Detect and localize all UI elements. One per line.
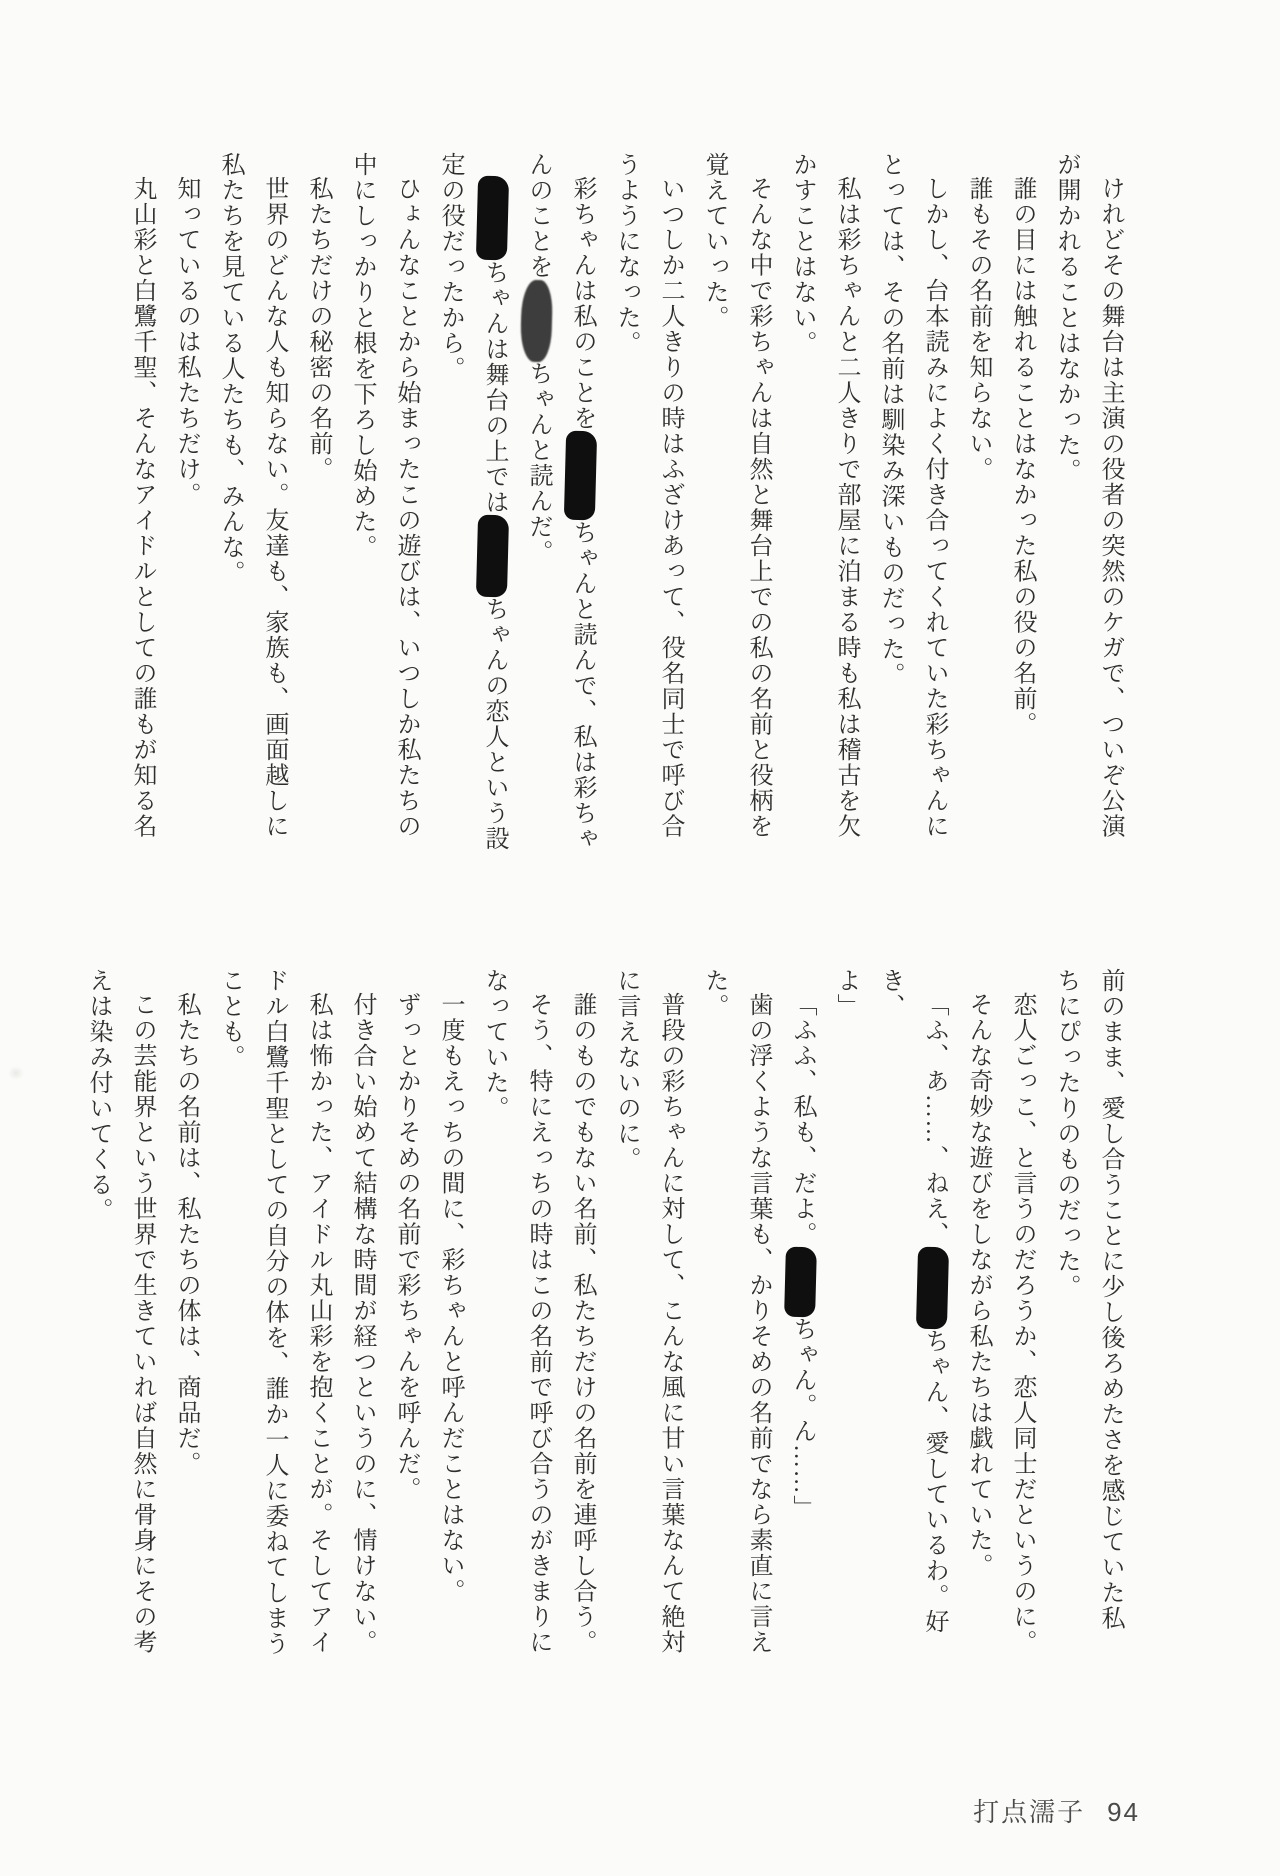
paragraph: けれどその舞台は主演の役者の突然のケガで、ついぞ公演が開かれることはなかった。 xyxy=(1044,152,1132,870)
censor-mark xyxy=(520,279,553,361)
paragraph: 一度もえっちの間に、彩ちゃんと呼んだことはない。 xyxy=(428,968,472,1682)
page-footer: 打点濡子94 xyxy=(973,1792,1140,1829)
paragraph: 誰もその名前を知らない。 xyxy=(956,152,1000,870)
page-number: 94 xyxy=(1107,1797,1140,1827)
censor-mark xyxy=(476,515,509,597)
scan-smudge xyxy=(8,1066,24,1080)
paragraph: 普段の彩ちゃんに対して、こんな風に甘い言葉なんて絶対に言えないのに。 xyxy=(604,968,692,1682)
text-block-bottom: 前のまま、愛し合うことに少し後ろめたさを感じていた私ちにぴったりのものだった。恋… xyxy=(120,968,1132,1682)
paragraph: 丸山彩と白鷺千聖、そんなアイドルとしての誰もが知る名 xyxy=(120,152,164,870)
paragraph: ちゃんは舞台の上ではちゃんの恋人という設定の役だったから。 xyxy=(428,152,516,870)
paragraph: そんな中で彩ちゃんは自然と舞台上での私の名前と役柄を覚えていった。 xyxy=(692,152,780,870)
paragraph: 私は彩ちゃんと二人きりで部屋に泊まる時も私は稽古を欠かすことはない。 xyxy=(780,152,868,870)
paragraph: 彩ちゃんは私のことをちゃんと読んで、私は彩ちゃんのことをちゃんと読んだ。 xyxy=(516,152,604,870)
paragraph: ひょんなことから始まったこの遊びは、いつしか私たちの中にしっかりと根を下ろし始め… xyxy=(340,152,428,870)
paragraph: 世界のどんな人も知らない。友達も、家族も、画面越しに私たちを見ている人たちも、み… xyxy=(208,152,296,870)
censor-mark xyxy=(916,1247,949,1329)
paragraph: しかし、台本読みによく付き合ってくれていた彩ちゃんにとっては、その名前は馴染み深… xyxy=(868,152,956,870)
paragraph: 知っているのは私たちだけ。 xyxy=(164,152,208,870)
paragraph: ずっとかりそめの名前で彩ちゃんを呼んだ。 xyxy=(384,968,428,1682)
paragraph: 前のまま、愛し合うことに少し後ろめたさを感じていた私ちにぴったりのものだった。 xyxy=(1044,968,1132,1682)
paragraph: 誰の目には触れることはなかった私の役の名前。 xyxy=(1000,152,1044,870)
censor-mark xyxy=(476,176,509,261)
paragraph: この芸能界という世界で生きていれば自然に骨身にその考えは染み付いてくる。 xyxy=(76,968,164,1682)
scanned-book-page: けれどその舞台は主演の役者の突然のケガで、ついぞ公演が開かれることはなかった。誰… xyxy=(0,0,1280,1876)
paragraph: 歯の浮くような言葉も、かりそめの名前でなら素直に言えた。 xyxy=(692,968,780,1682)
paragraph: 恋人ごっこ、と言うのだろうか、恋人同士だというのに。 xyxy=(1000,968,1044,1682)
paragraph: いつしか二人きりの時はふざけあって、役名同士で呼び合うようになった。 xyxy=(604,152,692,870)
censor-mark xyxy=(784,1247,817,1317)
paragraph: そう、特にえっちの時はこの名前で呼び合うのがきまりになっていた。 xyxy=(472,968,560,1682)
censor-mark xyxy=(564,431,598,521)
paragraph: 私たちの名前は、私たちの体は、商品だ。 xyxy=(164,968,208,1682)
paragraph: 私たちだけの秘密の名前。 xyxy=(296,152,340,870)
paragraph: 誰のものでもない名前、私たちだけの名前を連呼し合う。 xyxy=(560,968,604,1682)
paragraph: 「ふふ、私も、だよ。ちゃん。ん……」 xyxy=(780,968,824,1682)
paragraph: 「ふ、あ……、ねえ、ちゃん、愛しているわ。好き、よ」 xyxy=(824,968,956,1682)
text-block-top: けれどその舞台は主演の役者の突然のケガで、ついぞ公演が開かれることはなかった。誰… xyxy=(120,152,1132,870)
paragraph: そんな奇妙な遊びをしながら私たちは戯れていた。 xyxy=(956,968,1000,1682)
paragraph: 私は怖かった、アイドル丸山彩を抱くことが。そしてアイドル白鷺千聖としての自分の体… xyxy=(208,968,340,1682)
author-name: 打点濡子 xyxy=(973,1797,1085,1827)
paragraph: 付き合い始めて結構な時間が経つというのに、情けない。 xyxy=(340,968,384,1682)
